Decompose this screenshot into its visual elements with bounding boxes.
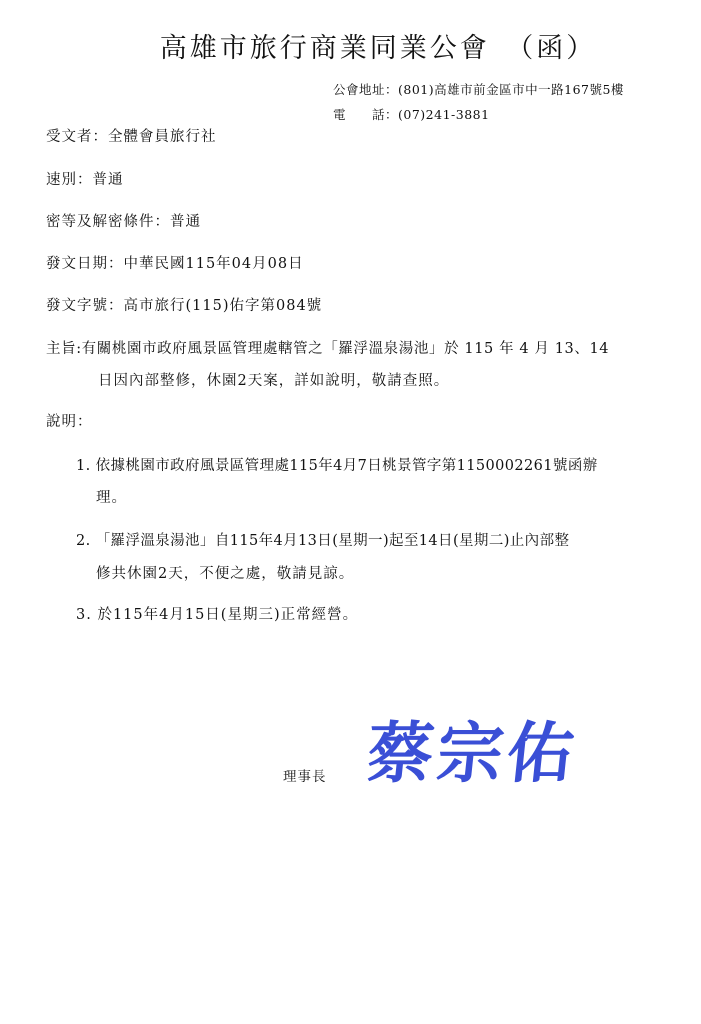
association-phone: 電 話：(07)241-3881: [333, 105, 490, 123]
security-field: 密等及解密條件：普通: [46, 210, 201, 231]
explanation-item-1-cont: 理。: [96, 486, 127, 507]
association-address: 公會地址：(801)高雄市前金區市中一路167號5樓: [333, 80, 624, 98]
recipient-field: 受文者：全體會員旅行社: [46, 125, 217, 146]
chairman-label: 理事長: [283, 765, 327, 785]
explanation-item-2-cont: 修共休園2天，不便之處，敬請見諒。: [96, 562, 354, 583]
explanation-item-2: 2. 「羅浮溫泉湯池」自115年4月13日(星期一)起至14日(星期二)止內部整: [76, 529, 569, 550]
subject-line-2: 日因內部整修，休園2天案，詳如說明，敬請查照。: [98, 369, 449, 390]
date-field: 發文日期：中華民國115年04月08日: [46, 252, 304, 273]
explanation-heading: 說明：: [46, 410, 93, 431]
document-title: 高雄市旅行商業同業公會 （函）: [0, 26, 701, 65]
speed-field: 速別：普通: [46, 168, 124, 189]
explanation-item-3: 3. 於115年4月15日(星期三)正常經營。: [76, 603, 358, 624]
explanation-item-1: 1. 依據桃園市政府風景區管理處115年4月7日桃景管字第1150002261號…: [76, 454, 598, 475]
doc-number-field: 發文字號：高市旅行(115)佑字第084號: [46, 294, 322, 315]
subject-line-1: 主旨:有關桃園市政府風景區管理處轄管之「羅浮溫泉湯池」於 115 年 4 月 1…: [46, 337, 609, 358]
chairman-signature: 蔡宗佑: [363, 700, 583, 795]
